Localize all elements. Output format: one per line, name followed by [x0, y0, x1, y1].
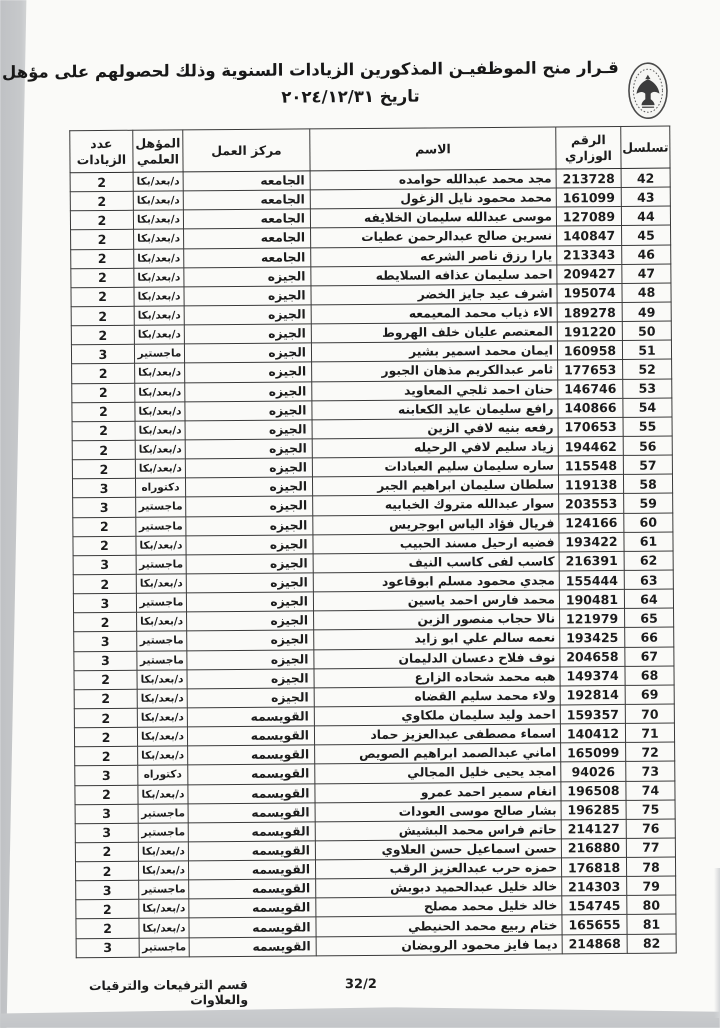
title-line-1: قـرار منح الموظفيـن المذكورين الزيادات ا… [82, 54, 619, 85]
cell-name: رفعه بنيه لافي الزين [312, 418, 558, 439]
cell-qualification: د/بعد/بكا [134, 268, 184, 288]
cell-qualification: د/بعد/بكا [139, 899, 189, 919]
cell-ministry-number: 196508 [561, 781, 626, 801]
cell-serial: 49 [622, 302, 671, 322]
cell-increases-count: 2 [71, 287, 134, 307]
cell-serial: 81 [627, 915, 676, 935]
cell-name: حنان احمد ثلجي المعاويد [312, 379, 558, 400]
cell-ministry-number: 121979 [560, 609, 625, 629]
cell-work-center: الجيزه [186, 535, 313, 555]
cell-name: ساره سليمان سليم العبادات [312, 456, 558, 477]
cell-ministry-number: 209427 [557, 264, 622, 284]
cell-increases-count: 2 [72, 383, 135, 403]
cell-name: انغام سمير احمد عمرو [315, 781, 561, 802]
cell-work-center: الجيزه [187, 688, 314, 708]
cell-qualification: د/بعد/بكا [137, 708, 187, 728]
cell-increases-count: 2 [73, 536, 136, 556]
cell-serial: 46 [622, 245, 671, 265]
cell-ministry-number: 194462 [558, 436, 623, 456]
cell-qualification: د/بعد/بكا [137, 689, 187, 709]
cell-serial: 79 [627, 876, 676, 896]
cell-qualification: د/بعد/بكا [136, 574, 186, 594]
cell-qualification: د/بعد/بكا [138, 784, 188, 804]
cell-serial: 64 [624, 589, 673, 609]
cell-increases-count: 3 [75, 804, 138, 824]
cell-serial: 70 [625, 704, 674, 724]
cell-work-center: القويسمه [189, 936, 316, 956]
table-body: 42213728مجد محمد عبدالله حوامدهالجامعهد/… [70, 168, 676, 958]
cell-work-center: الجيزه [186, 592, 313, 612]
cell-qualification: دكتوراه [135, 478, 185, 498]
cell-qualification: د/بعد/بكا [137, 670, 187, 690]
cell-qualification: د/بعد/بكا [135, 421, 185, 441]
cell-serial: 54 [623, 398, 672, 418]
cell-name: ولاء محمد سليم القضاه [314, 686, 560, 707]
cell-ministry-number: 177653 [558, 360, 623, 380]
cell-serial: 43 [621, 187, 670, 207]
cell-name: نالا حجاب منصور الزبن [314, 609, 560, 630]
cell-increases-count: 2 [75, 746, 138, 766]
cell-increases-count: 3 [73, 498, 136, 518]
cell-work-center: الجيزه [186, 515, 313, 535]
cell-work-center: القويسمه [187, 707, 314, 727]
cell-qualification: ماجستير [138, 804, 188, 824]
cell-ministry-number: 140412 [560, 724, 625, 744]
cell-ministry-number: 190481 [559, 590, 624, 610]
cell-work-center: الجيزه [185, 477, 312, 497]
cell-ministry-number: 170653 [558, 417, 623, 437]
cell-increases-count: 2 [71, 249, 134, 269]
cell-name: سلطان سليمان ابراهيم الجبر [312, 475, 558, 496]
cell-ministry-number: 216880 [561, 838, 626, 858]
cell-increases-count: 3 [76, 880, 139, 900]
cell-qualification: د/بعد/بكا [135, 459, 185, 479]
cell-ministry-number: 192814 [560, 685, 625, 705]
cell-name: خالد خليل عبدالحميد دبوبش [316, 877, 562, 898]
cell-qualification: د/بعد/بكا [133, 210, 183, 230]
cell-increases-count: 2 [74, 727, 137, 747]
cell-qualification: د/بعد/بكا [133, 172, 183, 192]
cell-qualification: ماجستير [134, 344, 184, 364]
cell-work-center: الجامعه [184, 228, 311, 248]
cell-name: ختام ربيع محمد الحنيطي [316, 915, 562, 936]
cell-ministry-number: 146746 [558, 379, 623, 399]
cell-serial: 59 [624, 493, 673, 513]
cell-serial: 63 [624, 570, 673, 590]
cell-name: ثامر عبدالكريم مذهان الجبور [312, 360, 558, 381]
cell-qualification: ماجستير [137, 631, 187, 651]
cell-qualification: د/بعد/بكا [134, 248, 184, 268]
cell-serial: 82 [627, 934, 676, 954]
cell-serial: 60 [624, 513, 673, 533]
scanned-document-page: قـرار منح الموظفيـن المذكورين الزيادات ا… [0, 0, 720, 1028]
cell-work-center: الجيزه [185, 401, 312, 421]
cell-ministry-number: 159357 [560, 704, 625, 724]
cell-ministry-number: 176818 [561, 857, 626, 877]
cell-increases-count: 3 [71, 345, 134, 365]
cell-increases-count: 2 [72, 421, 135, 441]
footer-department: قسم الترفيعات والترقيات والعلاوات [78, 977, 248, 1008]
cell-name: المعتصم عليان خلف الهروط [311, 322, 557, 343]
cell-serial: 76 [626, 819, 675, 839]
cell-name: كاسب لفى كاسب النيف [313, 552, 559, 573]
cell-increases-count: 2 [71, 325, 134, 345]
cell-qualification: ماجستير [136, 516, 186, 536]
col-header-increases-count: عدد الزيادات [70, 130, 133, 172]
cell-work-center: القويسمه [189, 917, 316, 937]
cell-work-center: القويسمه [189, 898, 316, 918]
cell-ministry-number: 213343 [557, 245, 622, 265]
cell-serial: 57 [623, 455, 672, 475]
cell-ministry-number: 165655 [562, 915, 627, 935]
cell-serial: 80 [627, 895, 676, 915]
cell-qualification: د/بعد/بكا [139, 918, 189, 938]
cell-increases-count: 2 [75, 842, 138, 862]
cell-work-center: الجيزه [186, 496, 313, 516]
footer-page-number: 32/2 [345, 977, 377, 992]
cell-increases-count: 2 [71, 230, 134, 250]
cell-serial: 51 [622, 340, 671, 360]
cell-serial: 45 [622, 225, 671, 245]
cell-name: محمد فارس احمد ياسين [313, 590, 559, 611]
cell-work-center: الجامعه [183, 209, 310, 229]
cell-serial: 55 [623, 417, 672, 437]
cell-qualification: ماجستير [136, 555, 186, 575]
cell-work-center: الجيزه [185, 362, 312, 382]
cell-name: سوار عبدالله متروك الخبابيه [313, 494, 559, 515]
cell-name: حسن اسماعيل حسن العلاوي [315, 839, 561, 860]
cell-work-center: الجيزه [186, 573, 313, 593]
cell-qualification: د/بعد/بكا [138, 861, 188, 881]
cell-ministry-number: 140847 [557, 226, 622, 246]
cell-ministry-number: 214303 [562, 877, 627, 897]
cell-ministry-number: 214868 [562, 934, 627, 954]
cell-work-center: الجيزه [184, 286, 311, 306]
cell-name: نسرين صالح عبدالرحمن عطيات [311, 226, 557, 247]
cell-name: هبه محمد شحاده الزارع [314, 667, 560, 688]
cell-name: اماني عبدالصمد ابراهيم الصويص [315, 743, 561, 764]
cell-qualification: د/بعد/بكا [137, 727, 187, 747]
cell-qualification: د/بعد/بكا [135, 363, 185, 383]
cell-ministry-number: 195074 [557, 283, 622, 303]
cell-name: خالد خليل محمد مصلح [316, 896, 562, 917]
cell-increases-count: 2 [72, 459, 135, 479]
cell-serial: 71 [625, 723, 674, 743]
cell-ministry-number: 115548 [558, 456, 623, 476]
cell-ministry-number: 124166 [559, 513, 624, 533]
cell-qualification: ماجستير [137, 650, 187, 670]
cell-work-center: الجيزه [184, 343, 311, 363]
cell-ministry-number: 161099 [556, 188, 621, 208]
cell-name: احمد سليمان عذافه السلايطه [311, 265, 557, 286]
cell-name: مجد محمد عبدالله حوامده [310, 169, 556, 190]
cell-serial: 44 [621, 206, 670, 226]
col-header-ministry-number: الرقم الوزاري [556, 126, 621, 169]
cell-qualification: دكتوراه [138, 765, 188, 785]
cell-serial: 78 [626, 857, 675, 877]
cell-ministry-number: 213728 [556, 168, 621, 188]
cell-work-center: الجيزه [187, 669, 314, 689]
cell-serial: 48 [622, 283, 671, 303]
cell-qualification: د/بعد/بكا [138, 842, 188, 862]
cell-increases-count: 3 [72, 479, 135, 499]
cell-increases-count: 3 [73, 555, 136, 575]
col-header-serial: تسلسل [621, 126, 670, 168]
cell-qualification: ماجستير [139, 880, 189, 900]
cell-increases-count: 2 [71, 268, 134, 288]
cell-name: موسى عبدالله سليمان الخلايفه [310, 207, 556, 228]
cell-work-center: الجيزه [186, 554, 313, 574]
cell-increases-count: 2 [70, 191, 133, 211]
cell-increases-count: 2 [74, 689, 137, 709]
cell-work-center: القويسمه [189, 879, 316, 899]
cell-work-center: الجيزه [184, 305, 311, 325]
cell-ministry-number: 191220 [557, 322, 622, 342]
cell-name: رافع سليمان عايد الكعابنه [312, 399, 558, 420]
cell-ministry-number: 94026 [561, 762, 626, 782]
cell-work-center: الجيزه [185, 381, 312, 401]
cell-qualification: ماجستير [138, 823, 188, 843]
cell-increases-count: 2 [75, 785, 138, 805]
col-header-work-center: مركز العمل [183, 129, 310, 172]
cell-increases-count: 2 [71, 306, 134, 326]
cell-serial: 67 [625, 647, 674, 667]
cell-ministry-number: 127089 [556, 207, 621, 227]
cell-serial: 66 [625, 627, 674, 647]
cell-increases-count: 3 [73, 593, 136, 613]
cell-ministry-number: 165099 [561, 743, 626, 763]
cell-ministry-number: 160958 [557, 341, 622, 361]
cell-serial: 65 [625, 608, 674, 628]
cell-serial: 61 [624, 532, 673, 552]
cell-name: فضيه ارحيل مسند الحبيب [313, 533, 559, 554]
cell-ministry-number: 154745 [562, 896, 627, 916]
cell-work-center: القويسمه [187, 726, 314, 746]
cell-increases-count: 2 [73, 517, 136, 537]
cell-serial: 69 [625, 685, 674, 705]
cell-ministry-number: 193422 [559, 532, 624, 552]
cell-ministry-number: 216391 [559, 551, 624, 571]
cell-qualification: د/بعد/بكا [138, 746, 188, 766]
cell-qualification: ماجستير [136, 497, 186, 517]
cell-ministry-number: 196285 [561, 800, 626, 820]
cell-increases-count: 2 [75, 861, 138, 881]
cell-serial: 58 [623, 474, 672, 494]
col-header-name: الاسم [310, 127, 556, 171]
cell-increases-count: 2 [72, 402, 135, 422]
cell-work-center: الجامعه [183, 190, 310, 210]
cell-qualification: ماجستير [136, 593, 186, 613]
cell-serial: 52 [623, 359, 672, 379]
cell-ministry-number: 149374 [560, 666, 625, 686]
cell-name: نوف فلاح دعسان الدليمان [314, 647, 560, 668]
col-header-qualification: المؤهل العلمي [133, 130, 183, 172]
cell-ministry-number: 193425 [560, 628, 625, 648]
ministry-eagle-seal-logo [627, 61, 669, 121]
cell-work-center: الجيزه [185, 458, 312, 478]
cell-ministry-number: 204658 [560, 647, 625, 667]
cell-name: بشار صالح موسى العودات [315, 801, 561, 822]
cell-name: زياد سليم لافي الرحيله [312, 437, 558, 458]
cell-work-center: الجيزه [187, 649, 314, 669]
cell-ministry-number: 203553 [559, 494, 624, 514]
cell-serial: 75 [626, 800, 675, 820]
title-line-2: تاريخ ٢٠٢٤/١٢/٣١ [82, 81, 619, 112]
cell-work-center: الجيزه [184, 267, 311, 287]
cell-qualification: د/بعد/بكا [133, 191, 183, 211]
cell-name: محمد محمود نايل الزغول [310, 188, 556, 209]
cell-increases-count: 2 [73, 574, 136, 594]
cell-work-center: القويسمه [188, 803, 315, 823]
cell-qualification: د/بعد/بكا [135, 402, 185, 422]
cell-increases-count: 3 [74, 632, 137, 652]
cell-work-center: القويسمه [188, 860, 315, 880]
cell-work-center: القويسمه [188, 841, 315, 861]
cell-increases-count: 2 [74, 612, 137, 632]
document-title: قـرار منح الموظفيـن المذكورين الزيادات ا… [82, 54, 619, 112]
cell-serial: 56 [623, 436, 672, 456]
cell-name: احمد وليد سليمان ملكاوي [314, 705, 560, 726]
cell-serial: 53 [623, 379, 672, 399]
cell-serial: 62 [624, 551, 673, 571]
cell-increases-count: 3 [75, 823, 138, 843]
cell-work-center: الجيزه [185, 420, 312, 440]
cell-name: نعمه سالم علي ابو زايد [314, 628, 560, 649]
cell-qualification: د/بعد/بكا [135, 382, 185, 402]
cell-ministry-number: 140866 [558, 398, 623, 418]
cell-qualification: ماجستير [139, 937, 189, 957]
cell-qualification: د/بعد/بكا [137, 612, 187, 632]
cell-name: مجدي محمود مسلم ابوقاعود [313, 571, 559, 592]
cell-work-center: الجيزه [185, 439, 312, 459]
cell-serial: 73 [626, 761, 675, 781]
cell-work-center: الجامعه [184, 247, 311, 267]
cell-serial: 47 [622, 264, 671, 284]
cell-increases-count: 2 [74, 708, 137, 728]
cell-serial: 42 [621, 168, 670, 188]
cell-ministry-number: 155444 [559, 570, 624, 590]
cell-serial: 50 [622, 321, 671, 341]
cell-qualification: د/بعد/بكا [134, 229, 184, 249]
cell-work-center: القويسمه [188, 764, 315, 784]
cell-name: حاتم فراس محمد البشيش [315, 820, 561, 841]
cell-increases-count: 3 [75, 766, 138, 786]
cell-qualification: د/بعد/بكا [134, 325, 184, 345]
cell-name: يارا رزق ناصر الشرعه [311, 246, 557, 267]
table-row: 82214868ديما فايز محمود الرويضانالقويسمه… [76, 934, 676, 958]
cell-increases-count: 2 [72, 440, 135, 460]
cell-name: حمزه حرب عبدالعزيز الرقب [315, 858, 561, 879]
cell-work-center: الجيزه [187, 630, 314, 650]
cell-ministry-number: 214127 [561, 819, 626, 839]
cell-name: امجد يحيى خليل المجالي [315, 762, 561, 783]
cell-name: اسماء مصطفى عبدالعزيز حماد [314, 724, 560, 745]
cell-increases-count: 3 [76, 938, 139, 958]
cell-work-center: الجيزه [184, 324, 311, 344]
cell-name: ديما فايز محمود الرويضان [316, 935, 562, 956]
cell-qualification: د/بعد/بكا [136, 536, 186, 556]
cell-work-center: القويسمه [188, 783, 315, 803]
cell-increases-count: 2 [74, 670, 137, 690]
cell-serial: 72 [626, 742, 675, 762]
cell-increases-count: 3 [74, 651, 137, 671]
table-header-row: تسلسل الرقم الوزاري الاسم مركز العمل الم… [70, 126, 670, 173]
cell-increases-count: 2 [76, 919, 139, 939]
cell-increases-count: 2 [70, 211, 133, 231]
cell-increases-count: 2 [70, 172, 133, 192]
cell-increases-count: 2 [76, 900, 139, 920]
cell-increases-count: 2 [72, 364, 135, 384]
cell-serial: 74 [626, 781, 675, 801]
cell-name: اشرف عيد جايز الخضر [311, 284, 557, 305]
cell-qualification: د/بعد/بكا [135, 440, 185, 460]
cell-work-center: الجامعه [183, 171, 310, 191]
cell-serial: 77 [626, 838, 675, 858]
cell-name: ايمان محمد اسمير بشير [311, 341, 557, 362]
cell-name: الاء ذياب محمد المعيمعه [311, 303, 557, 324]
cell-work-center: القويسمه [188, 745, 315, 765]
cell-name: فريال فؤاد الياس ابوجريس [313, 513, 559, 534]
cell-work-center: الجيزه [187, 611, 314, 631]
cell-ministry-number: 189278 [557, 302, 622, 322]
cell-work-center: القويسمه [188, 822, 315, 842]
cell-qualification: د/بعد/بكا [134, 306, 184, 326]
employees-increases-table: تسلسل الرقم الوزاري الاسم مركز العمل الم… [69, 126, 676, 959]
cell-serial: 68 [625, 666, 674, 686]
cell-ministry-number: 119138 [558, 475, 623, 495]
cell-qualification: د/بعد/بكا [134, 287, 184, 307]
